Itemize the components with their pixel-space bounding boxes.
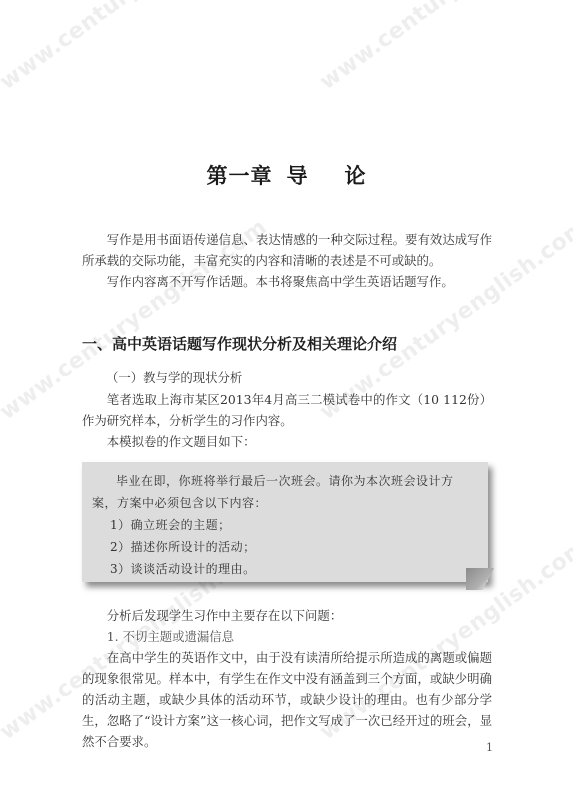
chapter-title-word2: 论 xyxy=(345,163,367,188)
section-heading: 一、高中英语话题写作现状分析及相关理论介绍 xyxy=(82,333,397,354)
prompt-item: 1）确立班会的主题； xyxy=(92,514,478,536)
intro-paragraph: 写作是用书面语传递信息、表达情感的一种交际过程。要有效达成写作所承载的交际功能，… xyxy=(82,229,492,271)
issue-body: 在高中学生的英语作文中，由于没有读清所给提示所造成的离题或偏题的现象很常见。样本… xyxy=(82,647,492,752)
issue-heading: 1. 不切主题或遗漏信息 xyxy=(82,626,492,647)
chapter-title: 第一章导论 xyxy=(0,160,573,190)
chapter-title-word1: 导 xyxy=(287,163,309,188)
analysis-lead: 分析后发现学生习作中主要存在以下问题： xyxy=(82,605,492,626)
subsection-heading: （一）教与学的现状分析 xyxy=(106,368,242,386)
essay-prompt-box: 毕业在即，你班将举行最后一次班会。请你为本次班会设计方案，方案中必须包含以下内容… xyxy=(82,462,488,582)
body-paragraph: 笔者选取上海市某区2013年4月高三二模试卷中的作文（10 112份）作为研究样… xyxy=(82,389,492,431)
page-curl-decoration xyxy=(466,568,494,590)
prompt-item: 2）描述你所设计的活动； xyxy=(92,536,478,558)
chapter-number: 第一章 xyxy=(207,163,273,188)
prompt-intro: 毕业在即，你班将举行最后一次班会。请你为本次班会设计方案，方案中必须包含以下内容… xyxy=(92,470,478,514)
intro-paragraph: 写作内容离不开写作话题。本书将聚焦高中学生英语话题写作。 xyxy=(82,271,492,292)
page: 第一章导论 写作是用书面语传递信息、表达情感的一种交际过程。要有效达成写作所承载… xyxy=(0,0,573,800)
prompt-item: 3）谈谈活动设计的理由。 xyxy=(92,558,478,580)
body-paragraph: 本模拟卷的作文题目如下： xyxy=(82,431,492,452)
page-number: 1 xyxy=(486,741,493,754)
